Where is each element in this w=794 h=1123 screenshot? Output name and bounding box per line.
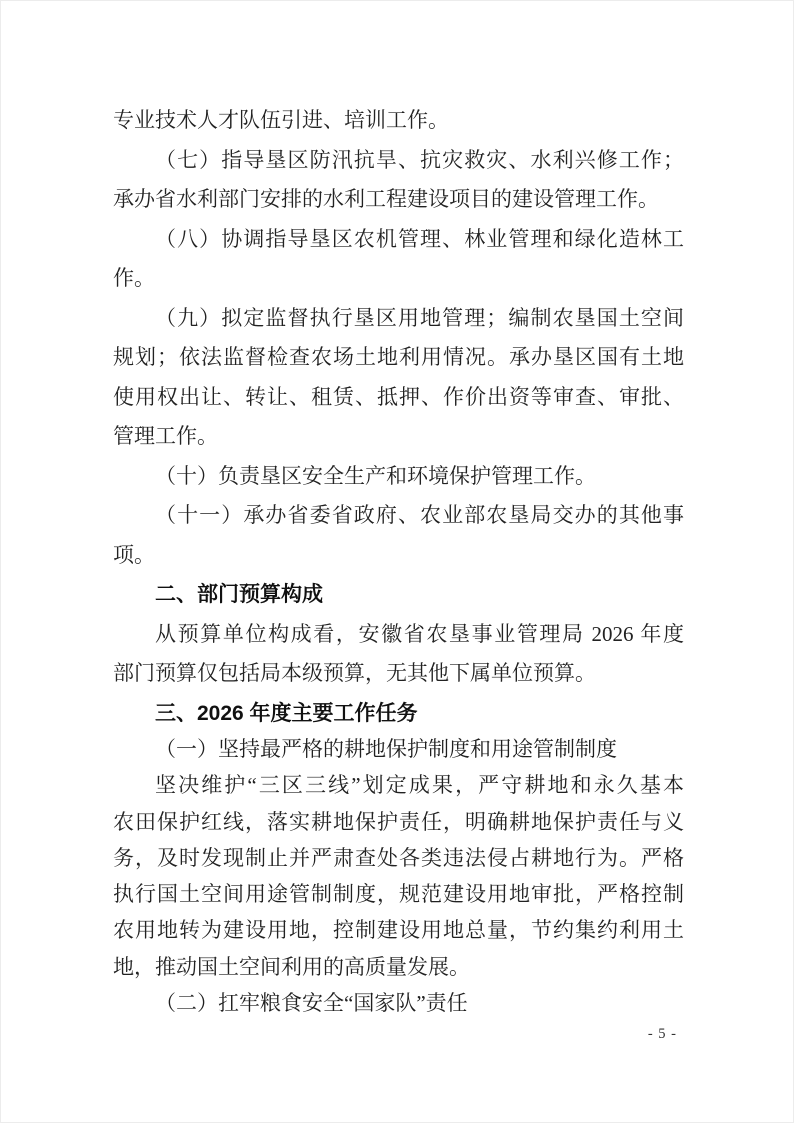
paragraph-line: 农用地转为建设用地，控制建设用地总量，节约集约利用土 — [113, 912, 684, 948]
paragraph-line: 规划；依法监督检查农场土地利用情况。承办垦区国有土地 — [113, 338, 684, 378]
paragraph-line: （十）负责垦区安全生产和环境保护管理工作。 — [113, 457, 684, 497]
document-body-upper: 专业技术人才队伍引进、培训工作。 （七）指导垦区防汛抗旱、抗灾救灾、水利兴修工作… — [113, 101, 684, 733]
paragraph-line: 专业技术人才队伍引进、培训工作。 — [113, 101, 684, 141]
paragraph-line: 部门预算仅包括局本级预算，无其他下属单位预算。 — [113, 654, 684, 694]
paragraph-line: （九）拟定监督执行垦区用地管理；编制农垦国土空间 — [113, 299, 684, 339]
paragraph-line: 地，推动国土空间利用的高质量发展。 — [113, 949, 684, 985]
paragraph-line: （八）协调指导垦区农机管理、林业管理和绿化造林工 — [113, 220, 684, 260]
document-body-lower: （一）坚持最严格的耕地保护制度和用途管制制度 坚决维护“三区三线”划定成果，严守… — [113, 731, 684, 1021]
document-page: 专业技术人才队伍引进、培训工作。 （七）指导垦区防汛抗旱、抗灾救灾、水利兴修工作… — [0, 0, 794, 1123]
paragraph-line: 承办省水利部门安排的水利工程建设项目的建设管理工作。 — [113, 180, 684, 220]
paragraph-line: （七）指导垦区防汛抗旱、抗灾救灾、水利兴修工作； — [113, 141, 684, 181]
subsection-heading-food-security: （二）扛牢粮食安全“国家队”责任 — [113, 985, 684, 1021]
paragraph-line: 农田保护红线，落实耕地保护责任，明确耕地保护责任与义 — [113, 804, 684, 840]
paragraph-line: 坚决维护“三区三线”划定成果，严守耕地和永久基本 — [113, 767, 684, 803]
page-number: - 5 - — [648, 1026, 677, 1043]
paragraph-line: 管理工作。 — [113, 417, 684, 457]
section-heading-budget-composition: 二、部门预算构成 — [113, 575, 684, 615]
section-heading-main-tasks: 三、2026 年度主要工作任务 — [113, 694, 684, 734]
paragraph-line: 作。 — [113, 259, 684, 299]
paragraph-line: 使用权出让、转让、租赁、抵押、作价出资等审查、审批、 — [113, 378, 684, 418]
subsection-heading-farmland-protection: （一）坚持最严格的耕地保护制度和用途管制制度 — [113, 731, 684, 767]
paragraph-line: 从预算单位构成看，安徽省农垦事业管理局 2026 年度 — [113, 615, 684, 655]
paragraph-line: 务，及时发现制止并严肃查处各类违法侵占耕地行为。严格 — [113, 840, 684, 876]
paragraph-line: 执行国土空间用途管制制度，规范建设用地审批，严格控制 — [113, 876, 684, 912]
paragraph-line: 项。 — [113, 536, 684, 576]
paragraph-line: （十一）承办省委省政府、农业部农垦局交办的其他事 — [113, 496, 684, 536]
